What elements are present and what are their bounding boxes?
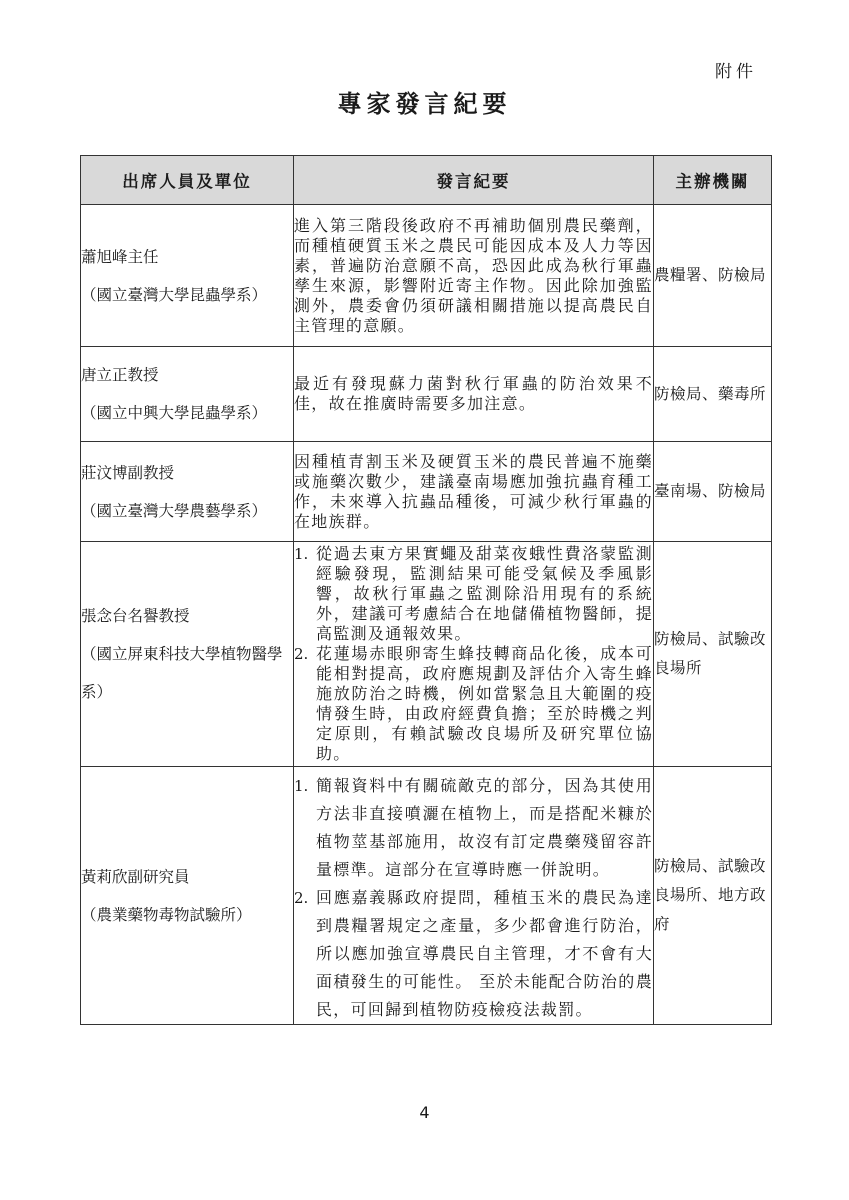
statement-text: 最近有發現蘇力菌對秋行軍蟲的防治效果不佳，故在推廣時需要多加注意。: [294, 374, 653, 414]
statement-text: 進入第三階段後政府不再補助個別農民藥劑，而種植硬質玉米之農民可能因成本及人力等因…: [294, 216, 653, 336]
agency-cell: 防檢局、試驗改良場所、地方政府: [654, 767, 772, 1025]
statement-cell: 1. 簡報資料中有關硫敵克的部分，因為其使用方法非直接噴灑在植物上，而是搭配米糠…: [294, 767, 654, 1025]
agency-cell: 農糧署、防檢局: [654, 205, 772, 347]
attendee-unit: （國立中興大學昆蟲學系）: [81, 394, 293, 432]
attendee-cell: 莊汶博副教授 （國立臺灣大學農藝學系）: [81, 442, 294, 542]
header-agency: 主辦機關: [654, 156, 772, 205]
agency-cell: 防檢局、試驗改良場所: [654, 542, 772, 767]
attendee-name: 莊汶博副教授: [81, 454, 293, 492]
statement-list-item: 2. 花蓮場赤眼卵寄生蜂技轉商品化後，成本可能相對提高，政府應規劃及評估介入寄生…: [294, 644, 653, 764]
table-row: 蕭旭峰主任 （國立臺灣大學昆蟲學系） 進入第三階段後政府不再補助個別農民藥劑，而…: [81, 205, 772, 347]
attachment-label: 附件: [715, 57, 757, 82]
statement-cell: 因種植青割玉米及硬質玉米的農民普遍不施藥或施藥次數少，建議臺南場應加強抗蟲育種工…: [294, 442, 654, 542]
agency-text: 防檢局、藥毒所: [654, 380, 771, 409]
statement-list-item: 1. 簡報資料中有關硫敵克的部分，因為其使用方法非直接噴灑在植物上，而是搭配米糠…: [294, 772, 653, 884]
attendee-name: 黃莉欣副研究員: [81, 858, 293, 896]
statement-text: 因種植青割玉米及硬質玉米的農民普遍不施藥或施藥次數少，建議臺南場應加強抗蟲育種工…: [294, 452, 653, 532]
agency-text: 防檢局、試驗改良場所: [654, 625, 771, 683]
statement-list-item: 2. 回應嘉義縣政府提問，種植玉米的農民為達到農糧署規定之產量，多少都會進行防治…: [294, 884, 653, 1024]
table-row: 莊汶博副教授 （國立臺灣大學農藝學系） 因種植青割玉米及硬質玉米的農民普遍不施藥…: [81, 442, 772, 542]
list-item-text: 回應嘉義縣政府提問，種植玉米的農民為達到農糧署規定之產量，多少都會進行防治，所以…: [316, 884, 653, 1024]
statement-cell: 1. 從過去東方果實蠅及甜菜夜蛾性費洛蒙監測經驗發現，監測結果可能受氣候及季風影…: [294, 542, 654, 767]
header-attendee: 出席人員及單位: [81, 156, 294, 205]
attendee-name: 唐立正教授: [81, 356, 293, 394]
minutes-table: 出席人員及單位 發言紀要 主辦機關 蕭旭峰主任 （國立臺灣大學昆蟲學系） 進入第…: [80, 155, 772, 1025]
agency-text: 臺南場、防檢局: [654, 477, 771, 506]
table-row: 黃莉欣副研究員 （農業藥物毒物試驗所） 1. 簡報資料中有關硫敵克的部分，因為其…: [81, 767, 772, 1025]
attendee-unit: （國立臺灣大學農藝學系）: [81, 492, 293, 530]
attendee-name: 蕭旭峰主任: [81, 238, 293, 276]
list-marker: 1.: [294, 772, 316, 884]
attendee-cell: 蕭旭峰主任 （國立臺灣大學昆蟲學系）: [81, 205, 294, 347]
attendee-unit: （國立屏東科技大學植物醫學系）: [81, 635, 293, 711]
statement-cell: 進入第三階段後政府不再補助個別農民藥劑，而種植硬質玉米之農民可能因成本及人力等因…: [294, 205, 654, 347]
attendee-unit: （農業藥物毒物試驗所）: [81, 896, 293, 934]
statement-cell: 最近有發現蘇力菌對秋行軍蟲的防治效果不佳，故在推廣時需要多加注意。: [294, 347, 654, 442]
agency-text: 農糧署、防檢局: [654, 261, 771, 290]
agency-cell: 臺南場、防檢局: [654, 442, 772, 542]
list-item-text: 花蓮場赤眼卵寄生蜂技轉商品化後，成本可能相對提高，政府應規劃及評估介入寄生蜂施放…: [316, 644, 653, 764]
statement-list-item: 1. 從過去東方果實蠅及甜菜夜蛾性費洛蒙監測經驗發現，監測結果可能受氣候及季風影…: [294, 544, 653, 644]
attendee-unit: （國立臺灣大學昆蟲學系）: [81, 276, 293, 314]
header-statement: 發言紀要: [294, 156, 654, 205]
agency-cell: 防檢局、藥毒所: [654, 347, 772, 442]
list-marker: 2.: [294, 644, 316, 764]
list-marker: 1.: [294, 544, 316, 644]
attendee-name: 張念台名譽教授: [81, 597, 293, 635]
document-page: 附件 專家發言紀要 出席人員及單位 發言紀要 主辦機關 蕭旭峰主任 （國立臺灣大…: [0, 0, 849, 1200]
attendee-cell: 張念台名譽教授 （國立屏東科技大學植物醫學系）: [81, 542, 294, 767]
list-item-text: 從過去東方果實蠅及甜菜夜蛾性費洛蒙監測經驗發現，監測結果可能受氣候及季風影響，故…: [316, 544, 653, 644]
table-header-row: 出席人員及單位 發言紀要 主辦機關: [81, 156, 772, 205]
attendee-cell: 黃莉欣副研究員 （農業藥物毒物試驗所）: [81, 767, 294, 1025]
attendee-cell: 唐立正教授 （國立中興大學昆蟲學系）: [81, 347, 294, 442]
table-row: 張念台名譽教授 （國立屏東科技大學植物醫學系） 1. 從過去東方果實蠅及甜菜夜蛾…: [81, 542, 772, 767]
list-marker: 2.: [294, 884, 316, 1024]
agency-text: 防檢局、試驗改良場所、地方政府: [654, 852, 771, 939]
table-row: 唐立正教授 （國立中興大學昆蟲學系） 最近有發現蘇力菌對秋行軍蟲的防治效果不佳，…: [81, 347, 772, 442]
page-title: 專家發言紀要: [0, 84, 849, 119]
list-item-text: 簡報資料中有關硫敵克的部分，因為其使用方法非直接噴灑在植物上，而是搭配米糠於植物…: [316, 772, 653, 884]
page-number: 4: [0, 1103, 849, 1122]
